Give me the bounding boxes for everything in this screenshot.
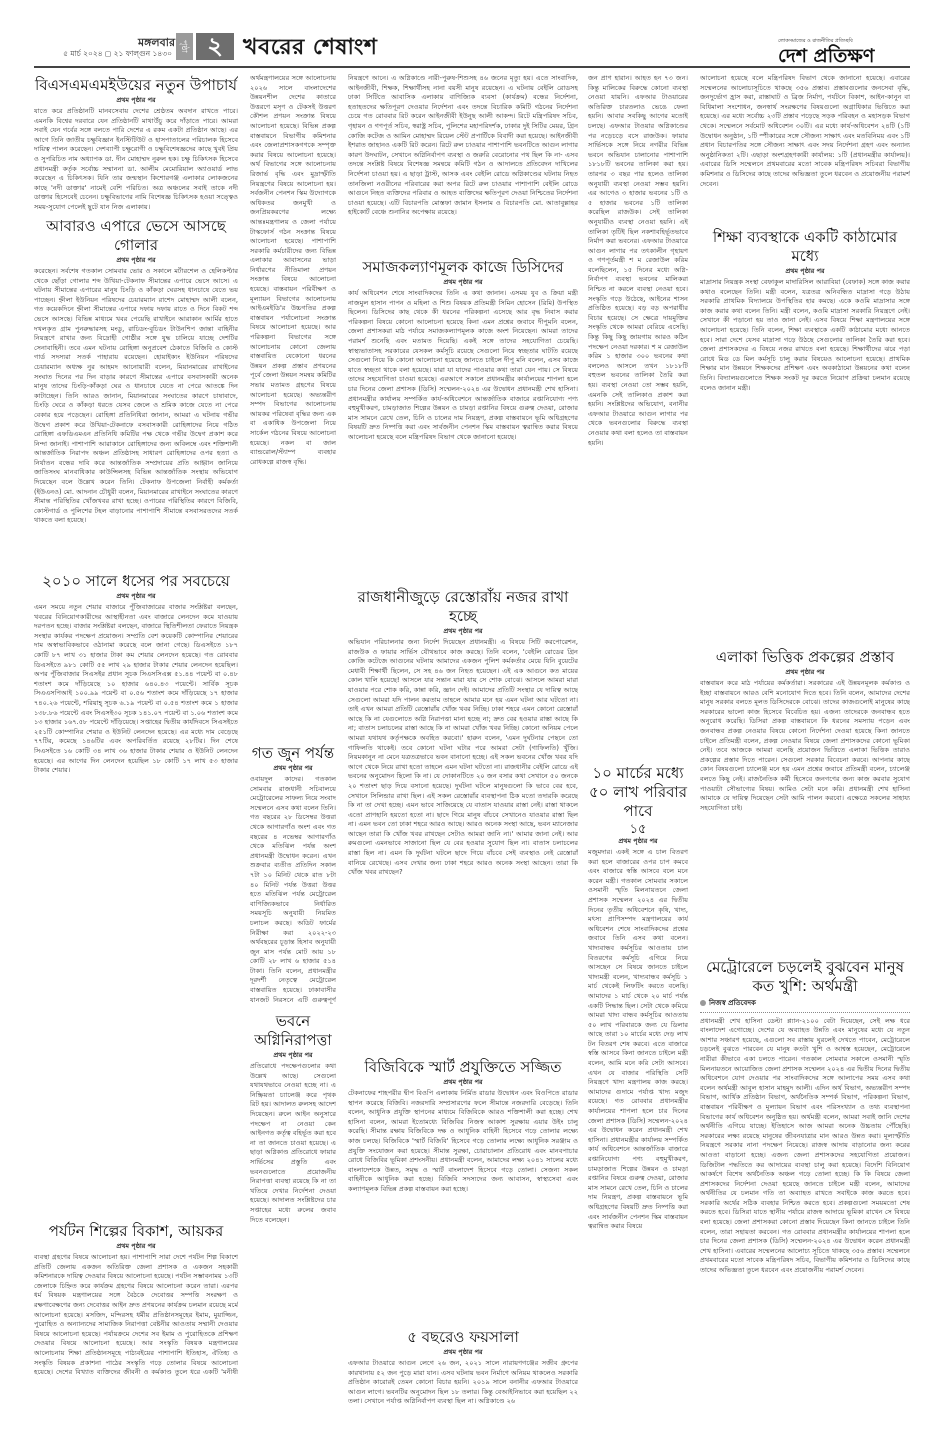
article-body: অর্থমন্ত্রণালয়ের সঙ্গে আলোচনায় ২০২৬ সা… [250,74,336,467]
article-dc-welfare: সমাজকল্যাণমূলক কাজে ডিসিদের প্রথম পৃষ্ঠা… [348,254,578,584]
article-body: কার্য অধিবেশন শেষে সাংবাদিকদের তিনি এ কথ… [348,289,578,443]
article-body: মাদ্রাসার নিয়ন্ত্রক সংস্থা বেফাকুল মাদা… [700,278,910,393]
continued-label: প্রথম পৃষ্ঠার পর [348,278,578,287]
continued-label: প্রথম পৃষ্ঠার পর [348,1078,578,1087]
masthead-date: ৫ মার্চ ২০২৪ ◻ ২১ ফাল্গুন ১৪৩০ [60,49,172,61]
article-body: অভিযান পরিচালনার জন্য নির্দেশ দিয়েছেন প… [348,638,578,878]
headline-area-projects: এলাকা ভিত্তিক প্রকল্পের প্রস্তাব [700,648,910,667]
bullet-icon [700,1000,706,1006]
article-body: বাস্তবায়ন করে মাঠ পর্যায়ের কর্মকর্তারা… [700,679,910,813]
continued-label: প্রথম পৃষ্ঠার পর [348,627,578,636]
article-bgb: বিজিবিকে স্মার্ট প্রযুক্তিতে সজ্জিত প্রথ… [348,1054,578,1324]
headline-ten-march: ১০ মার্চের মধ্যে ৫০ লাখ পরিবার পাবে [588,764,688,821]
article-body: নিয়ন্ত্রণে আনে। এ অগ্নিকাণ্ডে নারী-পুরু… [348,74,578,218]
article-body: করেছেন। সর্বশেষ গতকাল সোমবার ভোর ও সকালে… [34,267,238,526]
article-five-years: ৫ বছরেও ফয়সালা প্রথম পৃষ্ঠার পর এফআর টা… [348,1324,578,1404]
headline-vc: বিএসএমএমইউয়ের নতুন উপাচার্য [34,76,238,95]
article-tourism: পর্যটন শিল্পের বিকাশ, আয়কর প্রথম পৃষ্ঠা… [34,1218,238,1378]
article-dc-conference: আলোচনা হয়েছে বলে মন্ত্রিপরিষদ বিভাগ থেক… [700,74,910,224]
article-body: আলোচনা হয়েছে বলে মন্ত্রিপরিষদ বিভাগ থেক… [700,74,910,189]
article-body: এফআর টাওয়ারে আগুন লেগে ২৬ জন, ২০২১ সালে… [348,1359,578,1404]
article-body: ওবায়দুল কাদের। গতকাল সোমবার রাজধানী সচি… [250,775,336,1005]
headline-five-years: ৫ বছরেও ফয়সালা [348,1328,578,1347]
headline-tourism: পর্যটন শিল্পের বিকাশ, আয়কর [34,1222,238,1241]
continued-label: প্রথম পৃষ্ঠার পর [588,837,688,846]
article-ten-march: ১০ মার্চের মধ্যে ৫০ লাখ পরিবার পাবে ১৫ প… [588,760,688,1380]
article-shells: আবারও এপারে ভেসে আসছে গোলার প্রথম পৃষ্ঠা… [34,213,238,568]
article-fr-tower-col: জন প্রাণ হারান। আহত হন ৭৩ জন। কিন্তু মাল… [588,74,688,784]
article-body: টেকনাফের শাহপরীর দ্বীপ বিওপি এলাকায় নির… [348,1089,578,1195]
page-tag: পৃষ্ঠা [176,33,193,60]
byline: নিজস্ব প্রতিবেদক [700,999,910,1009]
headline-education: শিক্ষা ব্যবস্থাকে একটি কাঠামোর মধ্যে [700,228,910,266]
headline-subnum: ১৫ [588,822,688,837]
article-restaurants: রাজধানীজুড়ে রেস্তোরাঁয় নজর রাখা হচ্ছে … [348,584,578,1054]
article-metrorail: মেট্রোরেলে চড়লেই বুঝবেন মানুষ কত খুশি: … [700,954,910,1394]
headline-restaurants: রাজধানীজুড়ে রেস্তোরাঁয় নজর রাখা হচ্ছে [348,588,578,626]
headline-metro-col: গত জুন পর্যন্ত [250,744,336,763]
article-fire-safety: ভবনে অগ্নিনিরাপত্তা প্রথম পৃষ্ঠার পর প্র… [250,1008,336,1308]
article-body: প্রতিরোধে পদক্ষেপগুলোর কথা উল্লেখ আছে। স… [250,1062,336,1225]
article-body: ব্যবস্থা গ্রহণের বিষয়ে আলোচনা হয়। পাশা… [34,1253,238,1378]
continued-label: প্রথম পৃষ্ঠার পর [348,1348,578,1357]
article-metro-col: গত জুন পর্যন্ত প্রথম পৃষ্ঠার পর ওবায়দুল… [250,740,336,1005]
headline-dc-welfare: সমাজকল্যাণমূলক কাজে ডিসিদের [348,258,578,277]
article-body: যাতে করে প্রতিষ্ঠানটি মানবসেবায় দেশের শ… [34,107,238,212]
headline-fire-safety: ভবনে অগ্নিনিরাপত্তা [250,1012,336,1050]
continued-label: প্রথম পৃষ্ঠার পর [250,764,336,773]
page-number: ২ [196,33,234,60]
headline-metrorail: মেট্রোরেলে চড়লেই বুঝবেন মানুষ কত খুশি: … [700,958,910,996]
masthead: মঙ্গলবার ৫ মার্চ ২০২৪ ◻ ২১ ফাল্গুন ১৪৩০ … [0,0,945,58]
continued-label: প্রথম পৃষ্ঠার পর [700,668,910,677]
article-education: শিক্ষা ব্যবস্থাকে একটি কাঠামোর মধ্যে প্র… [700,224,910,644]
article-body: জন প্রাণ হারান। আহত হন ৭৩ জন। কিন্তু মাল… [588,74,688,448]
continued-label: প্রথম পৃষ্ঠার পর [34,1242,238,1251]
headline-market: ২০১০ সালে ধসের পর সবচেয়ে [34,572,238,591]
article-market: ২০১০ সালে ধসের পর সবচেয়ে প্রথম পৃষ্ঠার … [34,568,238,1218]
continued-label: প্রথম পৃষ্ঠার পর [700,267,910,276]
article-bailey-road: নিয়ন্ত্রণে আনে। এ অগ্নিকাণ্ডে নারী-পুরু… [348,74,578,254]
article-body: মজুমদার। একই সঙ্গে এ চাল বিতরণ করা হলে ব… [588,848,688,1232]
continued-label: প্রথম পৃষ্ঠার পর [250,1051,336,1060]
section-title: খবরের শেষাংশ [243,30,377,67]
brand-logo: দেশ প্রতিক্ষণ [778,42,874,74]
continued-label: প্রথম পৃষ্ঠার পর [34,256,238,265]
continued-label: প্রথম পৃষ্ঠার পর [34,96,238,105]
headline-shells: আবারও এপারে ভেসে আসছে গোলার [34,217,238,255]
header-rule [34,66,910,68]
article-body: প্রধানমন্ত্রী শেখ হাসিনা ডেল্টা প্ল্যান-… [700,1017,910,1276]
article-area-projects: এলাকা ভিত্তিক প্রকল্পের প্রস্তাব প্রথম প… [700,644,910,954]
article-body: এমন সময়ে নতুন শেয়ার বাজারে পুঁজিবাজারে… [34,603,238,776]
headline-bgb: বিজিবিকে স্মার্ট প্রযুক্তিতে সজ্জিত [348,1058,578,1077]
article-vc: বিএসএমএমইউয়ের নতুন উপাচার্য প্রথম পৃষ্ঠ… [34,72,238,212]
byline-text: নিজস্ব প্রতিবেদক [709,999,756,1007]
divider [700,1012,910,1013]
continued-label: প্রথম পৃষ্ঠার পর [34,592,238,601]
article-finance-col: অর্থমন্ত্রণালয়ের সঙ্গে আলোচনায় ২০২৬ সা… [250,74,336,789]
